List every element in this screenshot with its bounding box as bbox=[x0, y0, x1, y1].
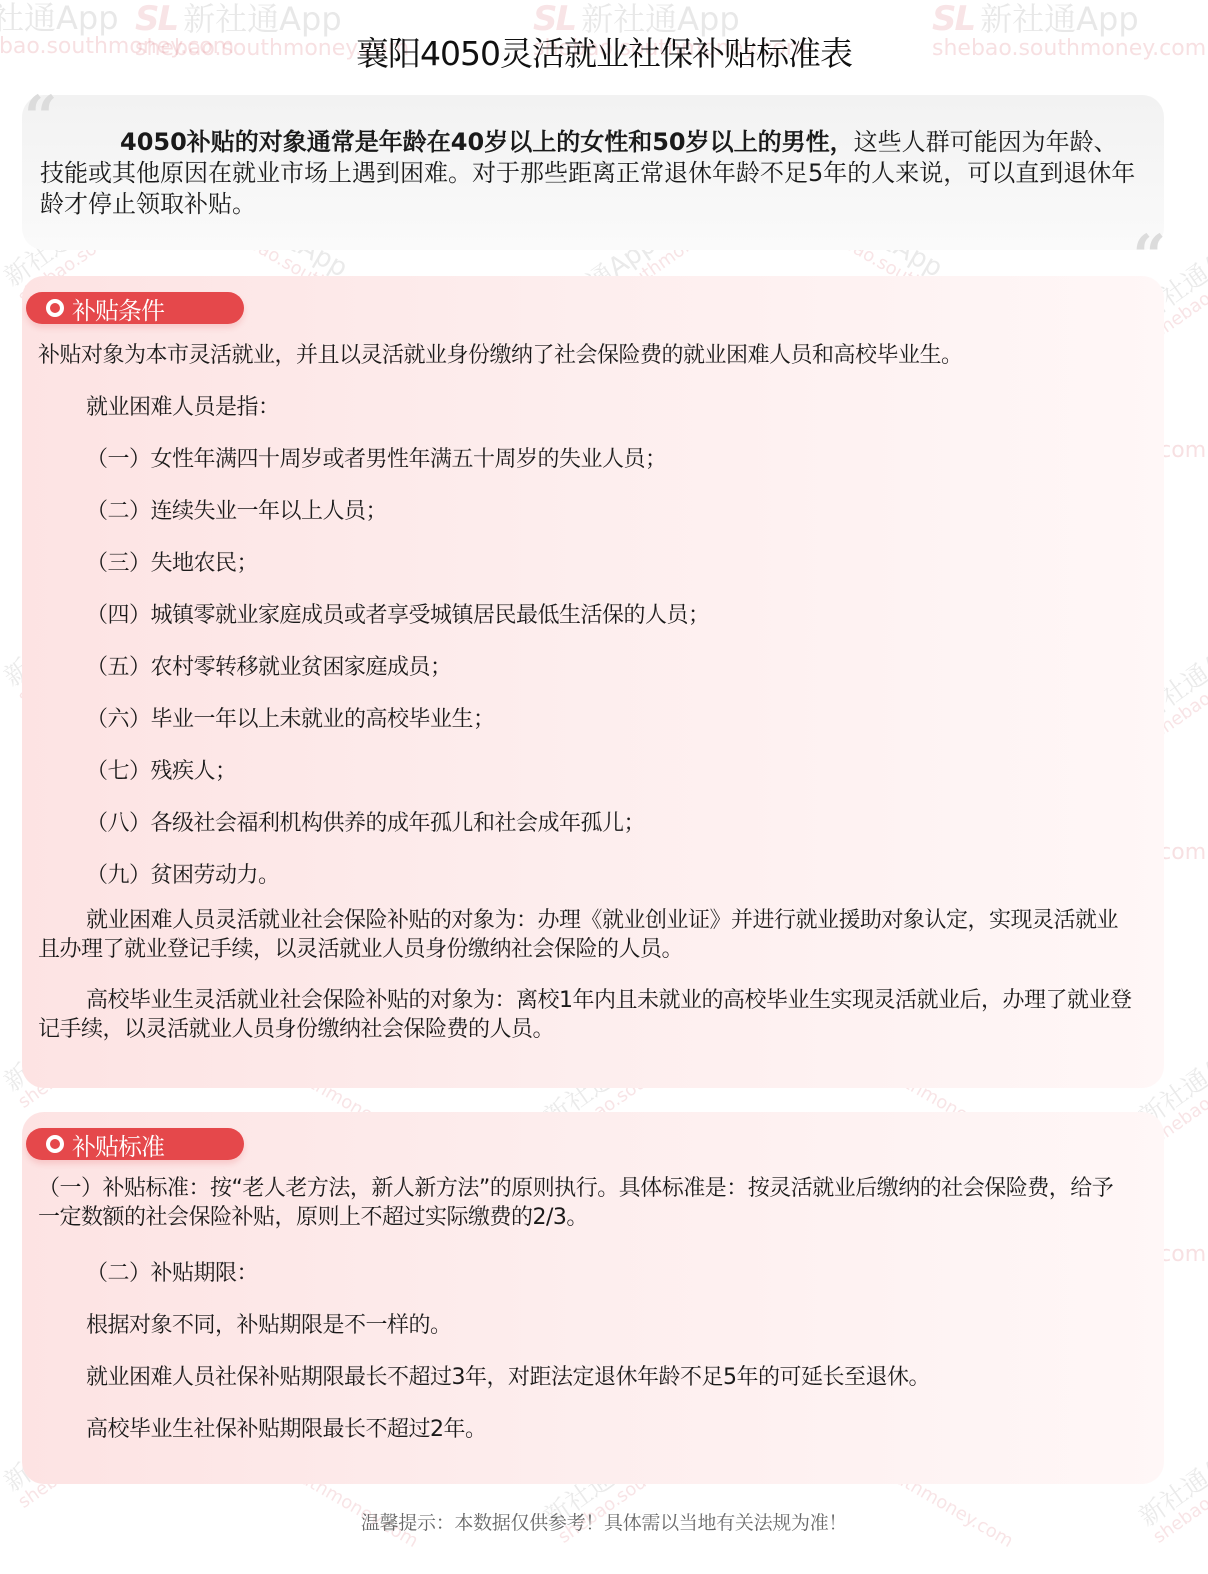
page-title: 襄阳4050灵活就业社保补贴标准表 bbox=[0, 28, 1208, 75]
intro-text: 4050补贴的对象通常是年龄在40岁以上的女性和50岁以上的男性，这些人群可能因… bbox=[40, 127, 1140, 220]
section-heading-pill: 补贴条件 bbox=[26, 292, 244, 324]
paragraph-hard-to-employ: 就业困难人员灵活就业社会保险补贴的对象为：办理《就业创业证》并进行就业援助对象认… bbox=[38, 906, 1128, 964]
section-heading-pill: 补贴标准 bbox=[26, 1128, 244, 1160]
list-item: （四）城镇零就业家庭成员或者享受城镇居民最低生活保的人员； bbox=[86, 598, 710, 629]
subsidy-standard-text: （一）补贴标准：按“老人老方法，新人新方法”的原则执行。具体标准是：按灵活就业后… bbox=[38, 1174, 1128, 1232]
list-item: （七）残疾人； bbox=[86, 754, 237, 785]
list-item: （一）女性年满四十周岁或者男性年满五十周岁的失业人员； bbox=[86, 442, 667, 473]
list-item: （三）失地农民； bbox=[86, 546, 258, 577]
section-heading: 补贴条件 bbox=[72, 291, 164, 326]
period-line: 根据对象不同，补贴期限是不一样的。 bbox=[86, 1308, 452, 1339]
section-heading: 补贴标准 bbox=[72, 1127, 164, 1162]
circle-icon bbox=[46, 1135, 64, 1153]
section-conditions: 补贴条件 补贴对象为本市灵活就业，并且以灵活就业身份缴纳了社会保险费的就业困难人… bbox=[22, 276, 1164, 1088]
list-item: （五）农村零转移就业贫困家庭成员； bbox=[86, 650, 452, 681]
intro-card: “ 4050补贴的对象通常是年龄在40岁以上的女性和50岁以上的男性，这些人群可… bbox=[22, 95, 1164, 250]
list-title: 就业困难人员是指： bbox=[86, 390, 280, 421]
section-standard: 补贴标准 （一）补贴标准：按“老人老方法，新人新方法”的原则执行。具体标准是：按… bbox=[22, 1112, 1164, 1484]
paragraph-graduates: 高校毕业生灵活就业社会保险补贴的对象为：离校1年内且未就业的高校毕业生实现灵活就… bbox=[38, 986, 1138, 1044]
conditions-lead: 补贴对象为本市灵活就业，并且以灵活就业身份缴纳了社会保险费的就业困难人员和高校毕… bbox=[38, 338, 963, 369]
intro-bold-text: 4050补贴的对象通常是年龄在40岁以上的女性和50岁以上的男性， bbox=[120, 128, 854, 156]
list-item: （六）毕业一年以上未就业的高校毕业生； bbox=[86, 702, 495, 733]
footer-disclaimer: 温馨提示：本数据仅供参考！具体需以当地有关法规为准！ bbox=[0, 1508, 1208, 1535]
period-title: （二）补贴期限： bbox=[86, 1256, 258, 1287]
circle-icon bbox=[46, 299, 64, 317]
period-line: 就业困难人员社保补贴期限最长不超过3年，对距法定退休年龄不足5年的可延长至退休。 bbox=[86, 1360, 930, 1391]
list-item: （八）各级社会福利机构供养的成年孤儿和社会成年孤儿； bbox=[86, 806, 645, 837]
list-item: （九）贫困劳动力。 bbox=[86, 858, 280, 889]
list-item: （二）连续失业一年以上人员； bbox=[86, 494, 387, 525]
period-line: 高校毕业生社保补贴期限最长不超过2年。 bbox=[86, 1412, 487, 1443]
